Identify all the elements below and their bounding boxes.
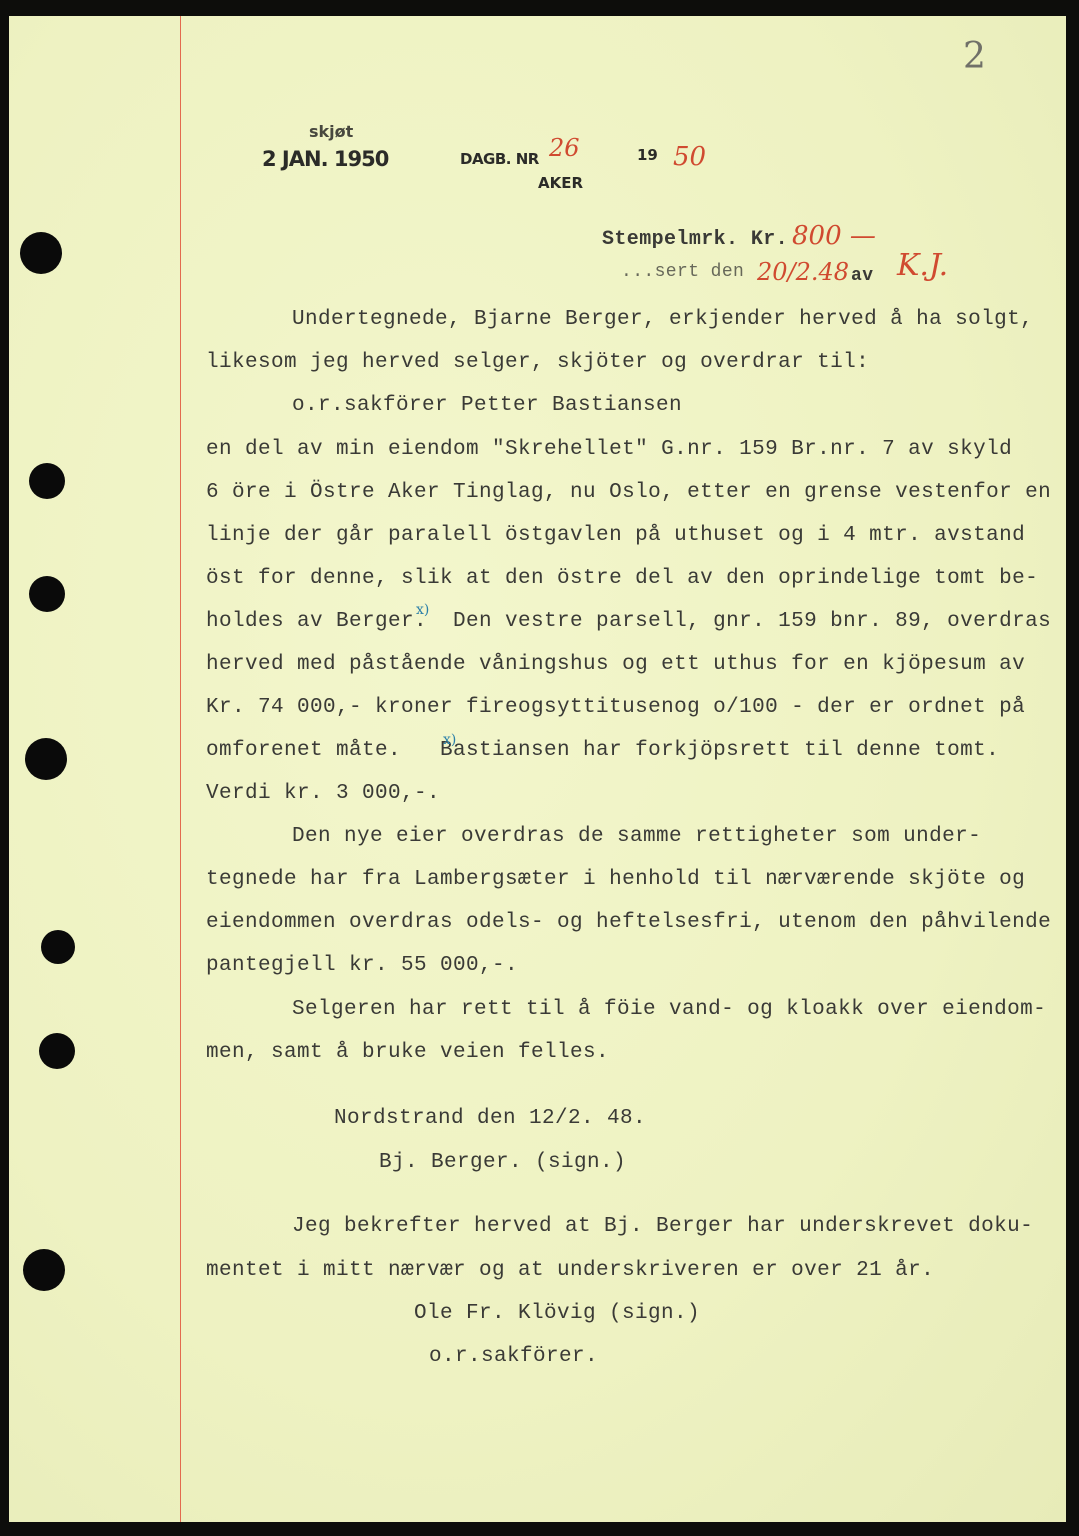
dagb-label: DAGB. NR bbox=[460, 150, 539, 168]
footnote-mark: x) bbox=[443, 732, 456, 748]
body-line: pantegjell kr. 55 000,-. bbox=[206, 954, 518, 977]
body-line: Verdi kr. 3 000,-. bbox=[206, 782, 440, 805]
recipient-line: o.r.sakförer Petter Bastiansen bbox=[292, 394, 682, 417]
body-line: Selgeren har rett til å föie vand- og kl… bbox=[292, 998, 1046, 1021]
punch-hole bbox=[39, 1033, 75, 1069]
punch-hole bbox=[41, 930, 75, 964]
punch-hole bbox=[29, 463, 65, 499]
body-line: Den nye eier overdras de samme rettighet… bbox=[292, 825, 981, 848]
seller-signature: Bj. Berger. (sign.) bbox=[379, 1151, 626, 1174]
page-number: 2 bbox=[963, 36, 986, 77]
margin-line bbox=[180, 16, 181, 1522]
body-line: holdes av Berger. Den vestre parsell, gn… bbox=[206, 610, 1051, 633]
body-line: likesom jeg herved selger, skjöter og ov… bbox=[206, 351, 869, 374]
body-line: Kr. 74 000,- kroner fireogsyttitusenog o… bbox=[206, 696, 1025, 719]
witness-title: o.r.sakförer. bbox=[429, 1345, 598, 1368]
dagb-number: 26 bbox=[549, 134, 580, 162]
punch-hole bbox=[29, 576, 65, 612]
cancelled-label: ...sert den bbox=[621, 262, 744, 282]
witness-signature: Ole Fr. Klövig (sign.) bbox=[414, 1302, 700, 1325]
body-line: linje der går paralell östgavlen på uthu… bbox=[206, 524, 1025, 547]
stamp-duty-label: Stempelmrk. Kr. bbox=[602, 228, 788, 251]
body-line: öst for denne, slik at den östre del av … bbox=[206, 567, 1038, 590]
body-line: men, samt å bruke veien felles. bbox=[206, 1041, 609, 1064]
place-date-line: Nordstrand den 12/2. 48. bbox=[334, 1107, 646, 1130]
district-stamp: AKER bbox=[538, 174, 583, 192]
stamp-duty-amount: 800 — bbox=[792, 221, 876, 251]
year-suffix: 50 bbox=[673, 142, 706, 172]
body-line: tegnede har fra Lambergsæter i henhold t… bbox=[206, 868, 1025, 891]
registered-date-stamp: 2 JAN. 1950 bbox=[262, 147, 388, 171]
cancelled-date: 20/2.48 bbox=[757, 258, 849, 286]
witness-line: Jeg bekrefter herved at Bj. Berger har u… bbox=[292, 1215, 1033, 1238]
body-line: 6 öre i Östre Aker Tinglag, nu Oslo, ett… bbox=[206, 481, 1051, 504]
by-initials: K.J. bbox=[897, 248, 948, 283]
punch-hole bbox=[20, 232, 62, 274]
punch-hole bbox=[25, 738, 67, 780]
witness-line: mentet i mitt nærvær og at underskrivere… bbox=[206, 1259, 934, 1282]
body-line: Undertegnede, Bjarne Berger, erkjender h… bbox=[292, 308, 1033, 331]
year-prefix: 19 bbox=[637, 146, 658, 164]
body-line: herved med påstående våningshus og ett u… bbox=[206, 653, 1025, 676]
body-line: en del av min eiendom "Skrehellet" G.nr.… bbox=[206, 438, 1012, 461]
body-line: omforenet måte. Bastiansen har forkjöpsr… bbox=[206, 739, 999, 762]
footnote-mark: x) bbox=[416, 602, 429, 618]
punch-hole bbox=[23, 1249, 65, 1291]
registered-stamp-label: skjøt bbox=[309, 122, 353, 141]
document-page: 2 skjøt 2 JAN. 1950 DAGB. NR 26 19 50 AK… bbox=[9, 16, 1066, 1522]
body-line: eiendommen overdras odels- og heftelsesf… bbox=[206, 911, 1051, 934]
by-label: av bbox=[851, 266, 873, 286]
